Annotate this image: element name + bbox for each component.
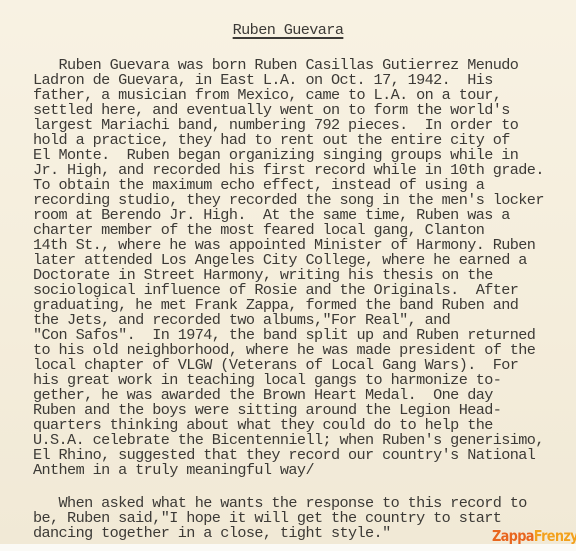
watermark-part-zappa: Zappa	[492, 527, 534, 545]
zappafrenzy-watermark: ZappaFrenzy	[492, 527, 576, 545]
document-title: Ruben Guevara	[0, 21, 576, 39]
text-line: dancing together in a close, tight style…	[33, 526, 527, 541]
watermark-part-frenzy: Frenzy	[534, 527, 576, 545]
paragraph-biography: Ruben Guevara was born Ruben Casillas Gu…	[33, 58, 544, 478]
text-line: Anthem in a truly meaningful way/	[33, 463, 544, 478]
paragraph-quote: When asked what he wants the response to…	[33, 496, 527, 541]
bottom-border	[0, 544, 576, 551]
